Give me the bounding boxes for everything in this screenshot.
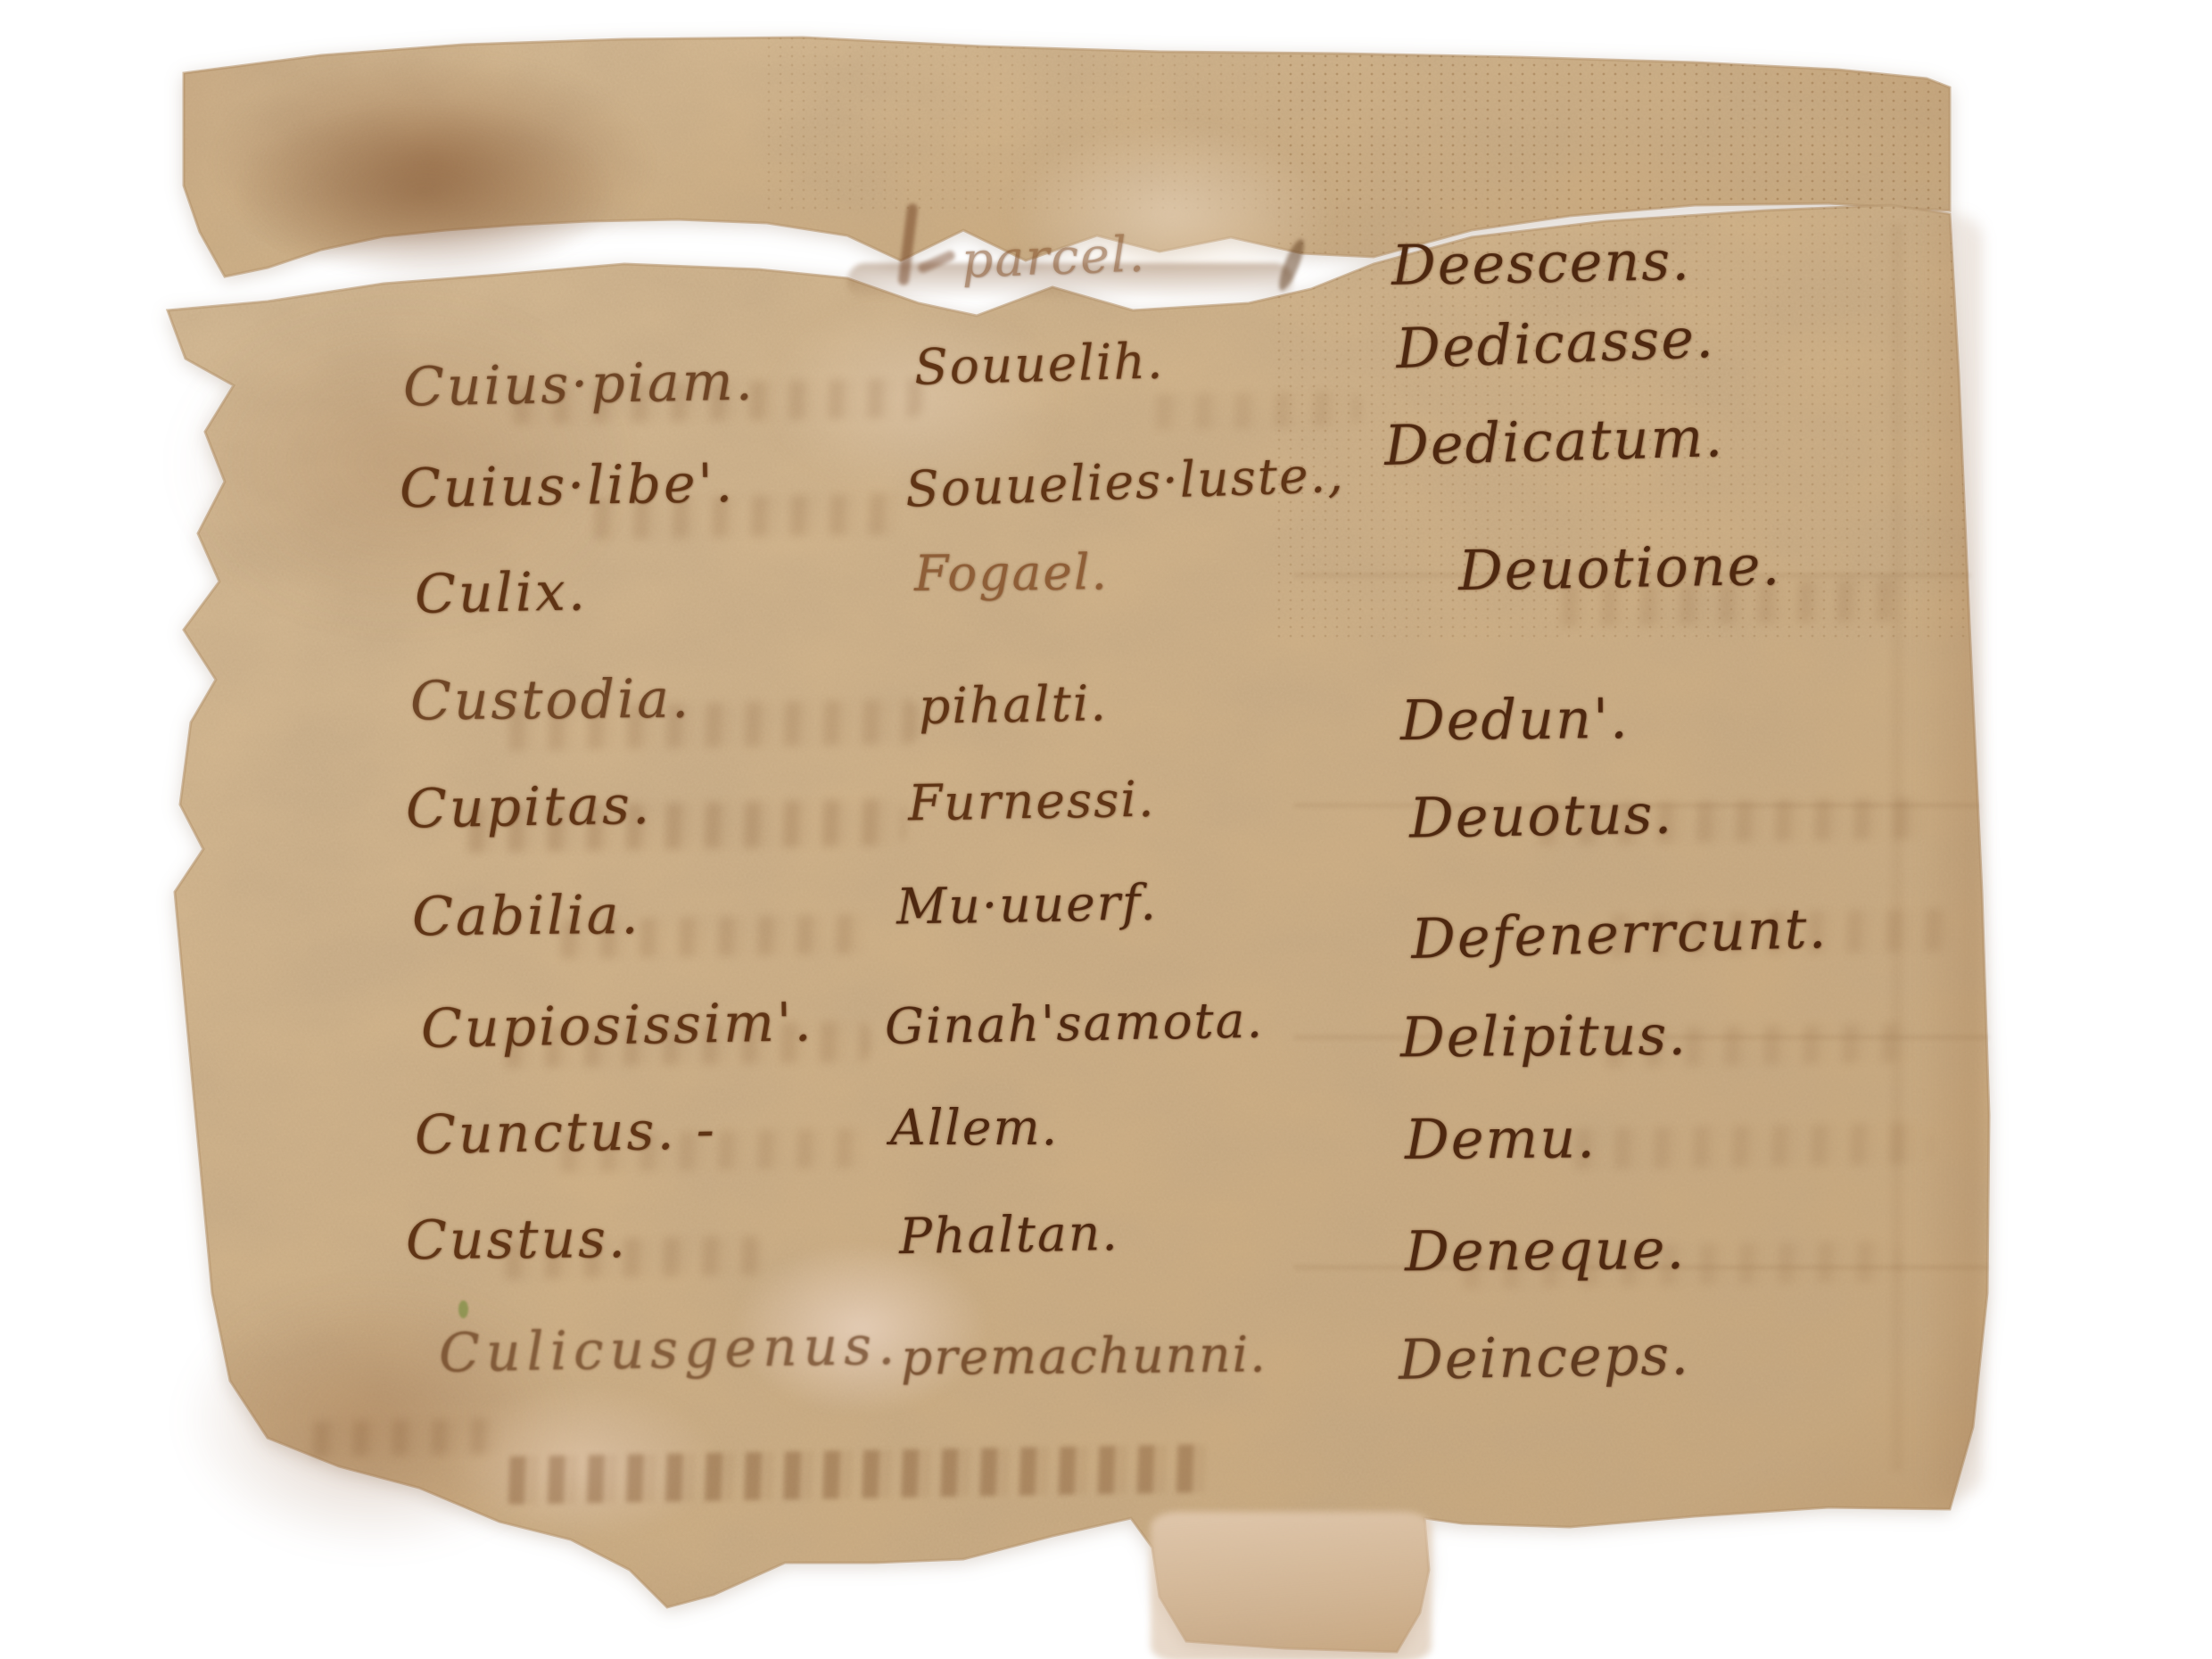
manuscript-photo: parcel. Deescens. Cuius·piam. Souuelih. …	[0, 0, 2212, 1659]
parchment-fragment	[0, 0, 2212, 1659]
